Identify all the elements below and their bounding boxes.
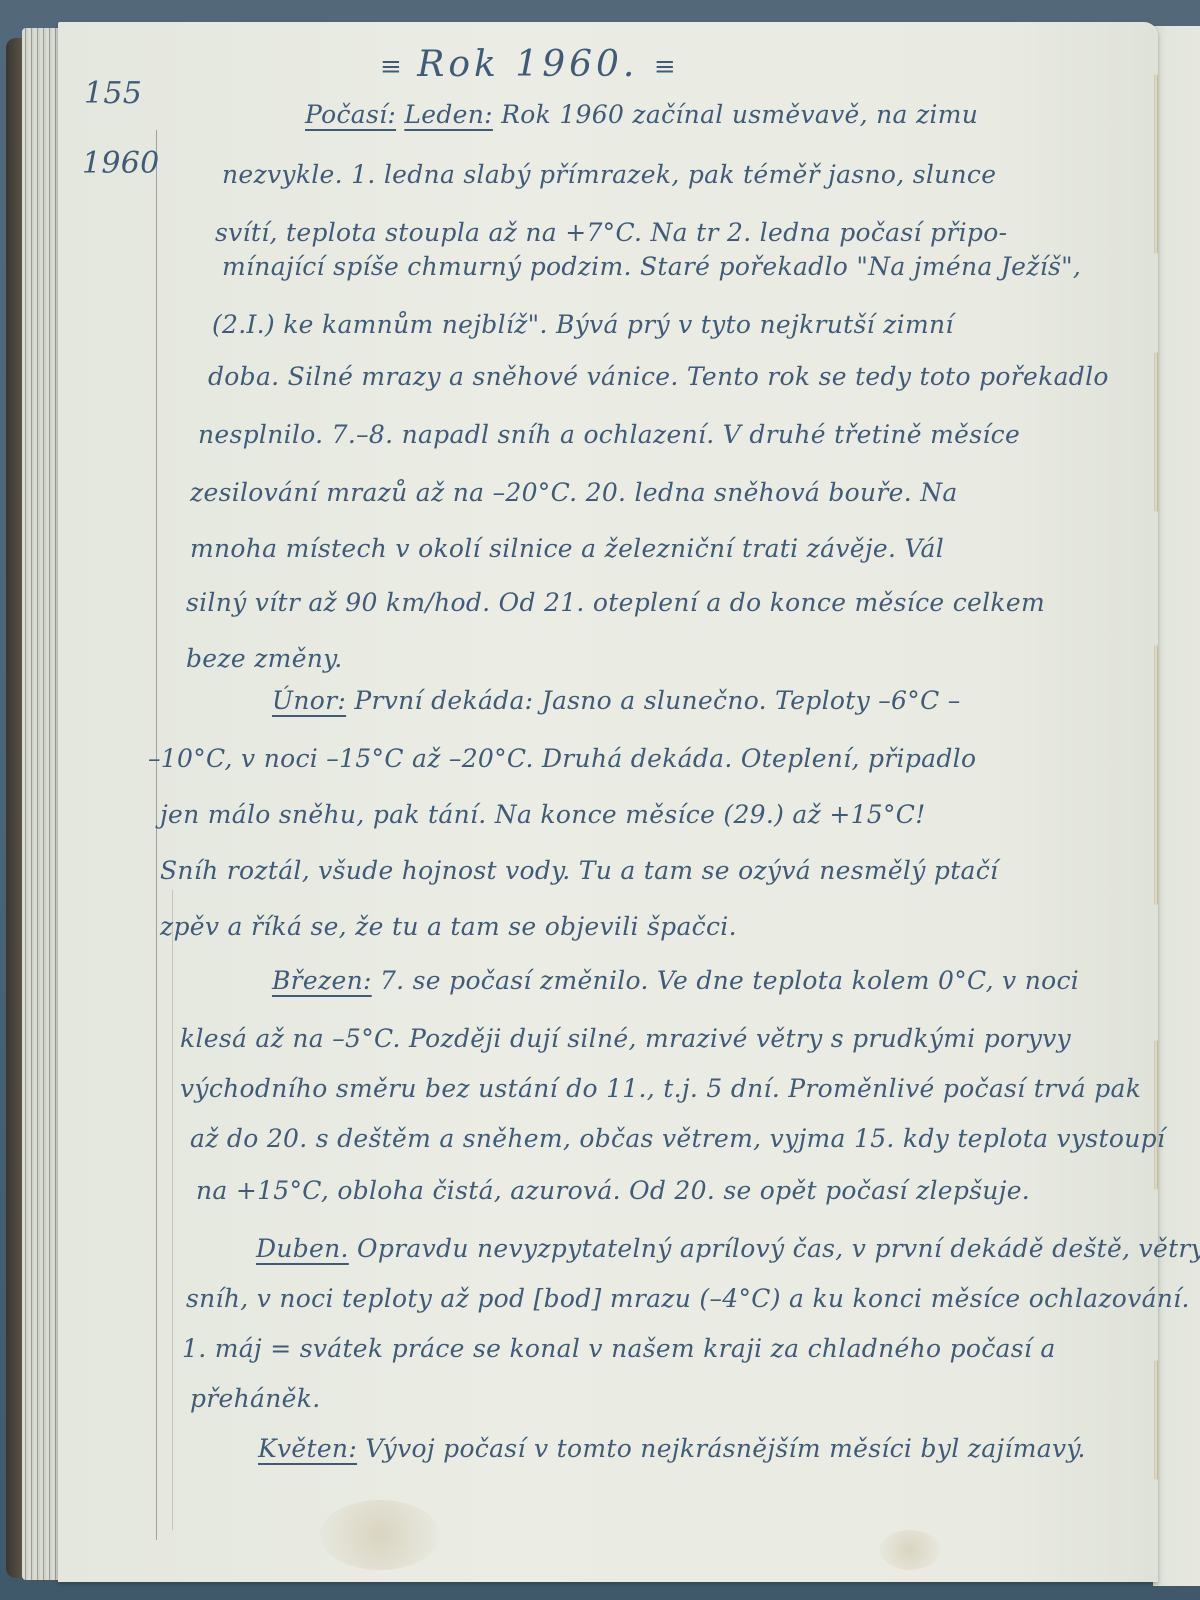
month-heading-february: Únor: — [272, 686, 346, 715]
text-line: svítí, teplota stoupla až na +7°C. Na tr… — [215, 218, 1007, 247]
title-decoration-right: ≡ — [654, 52, 676, 82]
text-line: 1. máj = svátek práce se konal v našem k… — [182, 1334, 1056, 1363]
text-line: jen málo sněhu, pak tání. Na konce měsíc… — [160, 800, 926, 829]
text-line: Duben. Opravdu nevyzpytatelný aprílový č… — [256, 1234, 1200, 1263]
month-heading-may: Květen: — [258, 1434, 357, 1463]
text-line: Únor: První dekáda: Jasno a slunečno. Te… — [272, 686, 961, 715]
text-line: nezvykle. 1. ledna slabý přímrazek, pak … — [222, 160, 996, 189]
title-decoration-left: ≡ — [380, 52, 402, 82]
month-heading-march: Březen: — [272, 966, 372, 995]
text-line: mínající spíše chmurný podzim. Staré poř… — [222, 252, 1081, 281]
text-line: zesilování mrazů až na –20°C. 20. ledna … — [190, 478, 958, 507]
text-line: mnoha místech v okolí silnice a železnič… — [190, 534, 944, 563]
text-line: nesplnilo. 7.–8. napadl sníh a ochlazení… — [198, 420, 1020, 449]
text-line: sníh, v noci teploty až pod [bod] mrazu … — [186, 1284, 1190, 1313]
binding-thread — [1154, 645, 1158, 905]
text-line: beze změny. — [186, 644, 343, 673]
binding-thread — [1154, 352, 1158, 512]
page-number: 155 — [84, 76, 142, 111]
text-line: zpěv a říká se, že tu a tam se objevili … — [160, 912, 737, 941]
page-title: ≡ Rok 1960. ≡ — [380, 44, 676, 85]
text-line: Počasí: Leden: Rok 1960 začínal usměvavě… — [305, 100, 978, 129]
month-heading-april: Duben. — [256, 1234, 349, 1263]
binding-thread — [1154, 1040, 1158, 1190]
text-line: doba. Silné mrazy a sněhové vánice. Tent… — [208, 362, 1109, 391]
paper-stain — [320, 1500, 440, 1570]
binding-thread — [1154, 74, 1158, 254]
margin-year: 1960 — [82, 146, 160, 181]
text-line: Květen: Vývoj počasí v tomto nejkrásnějš… — [258, 1434, 1086, 1463]
text-line: –10°C, v noci –15°C až –20°C. Druhá deká… — [148, 744, 976, 773]
text-line: na +15°C, obloha čistá, azurová. Od 20. … — [196, 1176, 1030, 1205]
text-line: (2.I.) ke kamnům nejblíž". Bývá prý v ty… — [212, 310, 954, 339]
text-line: východního směru bez ustání do 11., t.j.… — [180, 1074, 1141, 1103]
text-line: přeháněk. — [190, 1384, 320, 1413]
section-heading-weather: Počasí: — [305, 100, 396, 129]
title-text: Rok 1960. — [417, 44, 638, 85]
text-line: Sníh roztál, všude hojnost vody. Tu a ta… — [160, 856, 998, 885]
margin-rule-faint — [172, 890, 173, 1530]
facing-page-edge — [1153, 26, 1200, 1586]
text-line: až do 20. s deštěm a sněhem, občas větre… — [190, 1124, 1165, 1153]
text-line: silný vítr až 90 km/hod. Od 21. oteplení… — [186, 588, 1045, 617]
binding-thread — [1154, 1360, 1158, 1480]
stacked-page-edges — [22, 28, 62, 1580]
paper-stain — [880, 1530, 940, 1570]
text-line: klesá až na –5°C. Později dují silné, mr… — [180, 1024, 1071, 1053]
margin-rule — [156, 130, 157, 1540]
month-heading-january: Leden: — [404, 100, 493, 129]
text-line: Březen: 7. se počasí změnilo. Ve dne tep… — [272, 966, 1079, 995]
